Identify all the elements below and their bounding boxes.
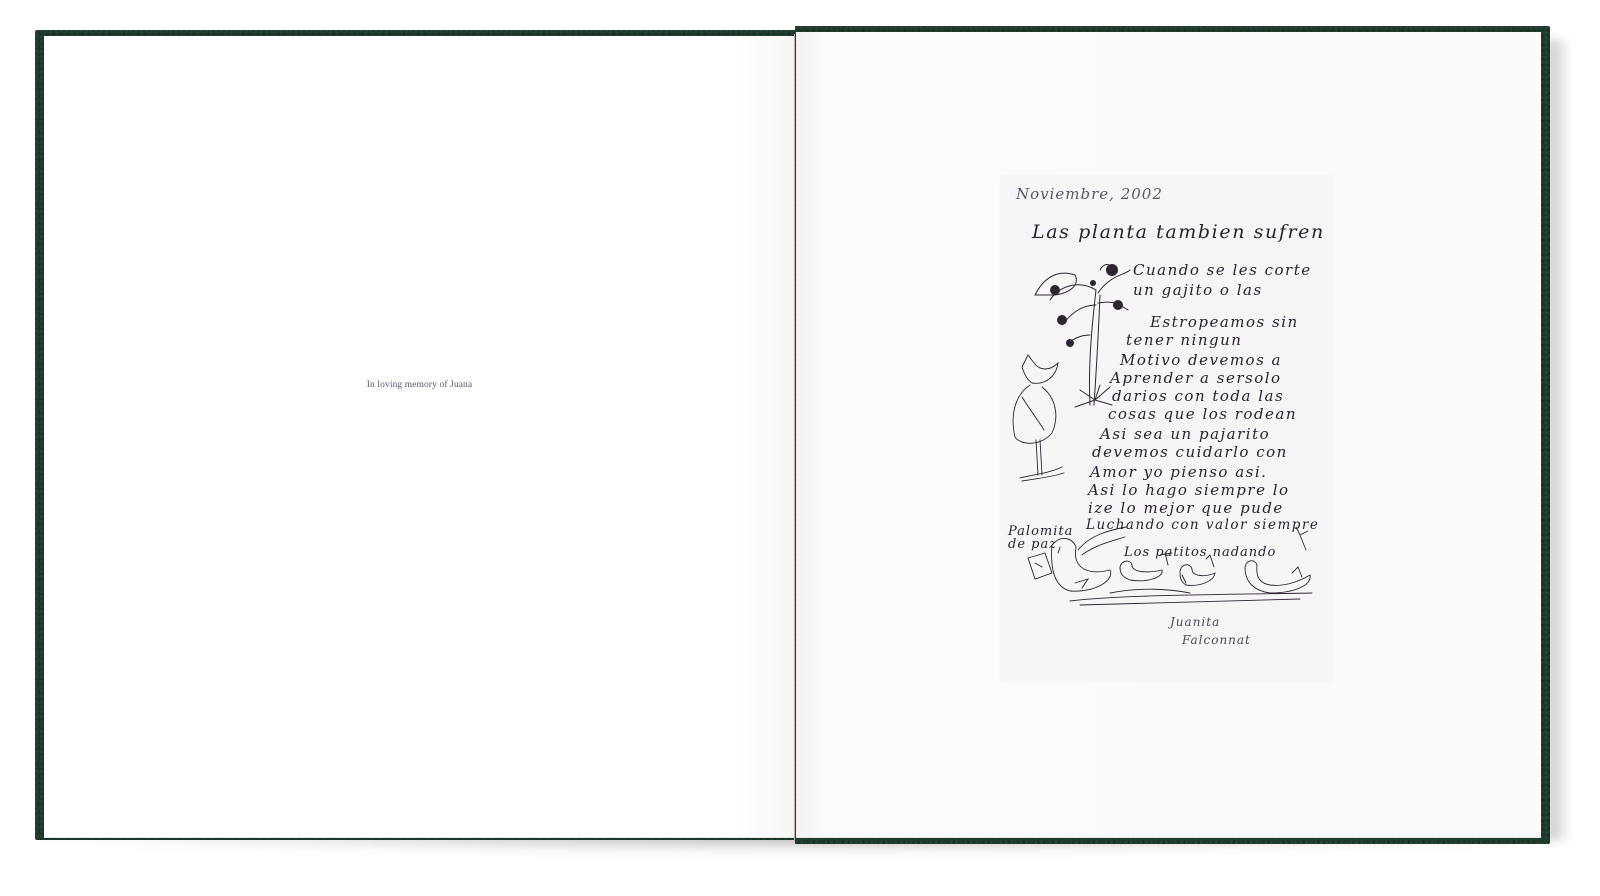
signature-last: Falconnat xyxy=(1182,633,1251,647)
letter-line: un gajito o las xyxy=(1133,281,1263,299)
letter-line: Amor yo pienso asi. xyxy=(1090,463,1267,481)
ducks-caption: Los patitos nadando xyxy=(1124,545,1276,560)
book-side-shadow xyxy=(1548,40,1570,840)
letter-line: ize lo mejor que pude xyxy=(1088,499,1284,517)
dedication-text: In loving memory of Juana xyxy=(44,380,795,390)
handwritten-letter: Noviembre, 2002 Las planta tambien sufre… xyxy=(1000,175,1333,683)
letter-title: Las planta tambien sufren xyxy=(1032,221,1325,243)
letter-line: Asi sea un pajarito xyxy=(1100,425,1270,443)
letter-line: Cuando se les corte xyxy=(1133,261,1312,279)
letter-line: Estropeamos sin xyxy=(1150,313,1299,331)
letter-line: Luchando con valor siempre xyxy=(1086,517,1319,533)
bird-caption: Palomita de paz xyxy=(1008,525,1078,551)
left-page: In loving memory of Juana xyxy=(44,36,795,838)
letter-line: Asi lo hago siempre lo xyxy=(1088,481,1290,499)
letter-line: Aprender a sersolo xyxy=(1110,369,1282,387)
letter-line: devemos cuidarlo con xyxy=(1092,443,1288,461)
letter-line: tener ningun xyxy=(1126,331,1242,349)
letter-line: cosas que los rodean xyxy=(1108,405,1297,423)
letter-line: Motivo devemos a xyxy=(1120,351,1282,369)
book-gutter xyxy=(794,34,795,842)
letter-date: Noviembre, 2002 xyxy=(1016,185,1163,203)
letter-line: darios con toda las xyxy=(1112,387,1284,405)
signature-first: Juanita xyxy=(1170,615,1220,629)
book-spread: In loving memory of Juana xyxy=(0,0,1600,896)
